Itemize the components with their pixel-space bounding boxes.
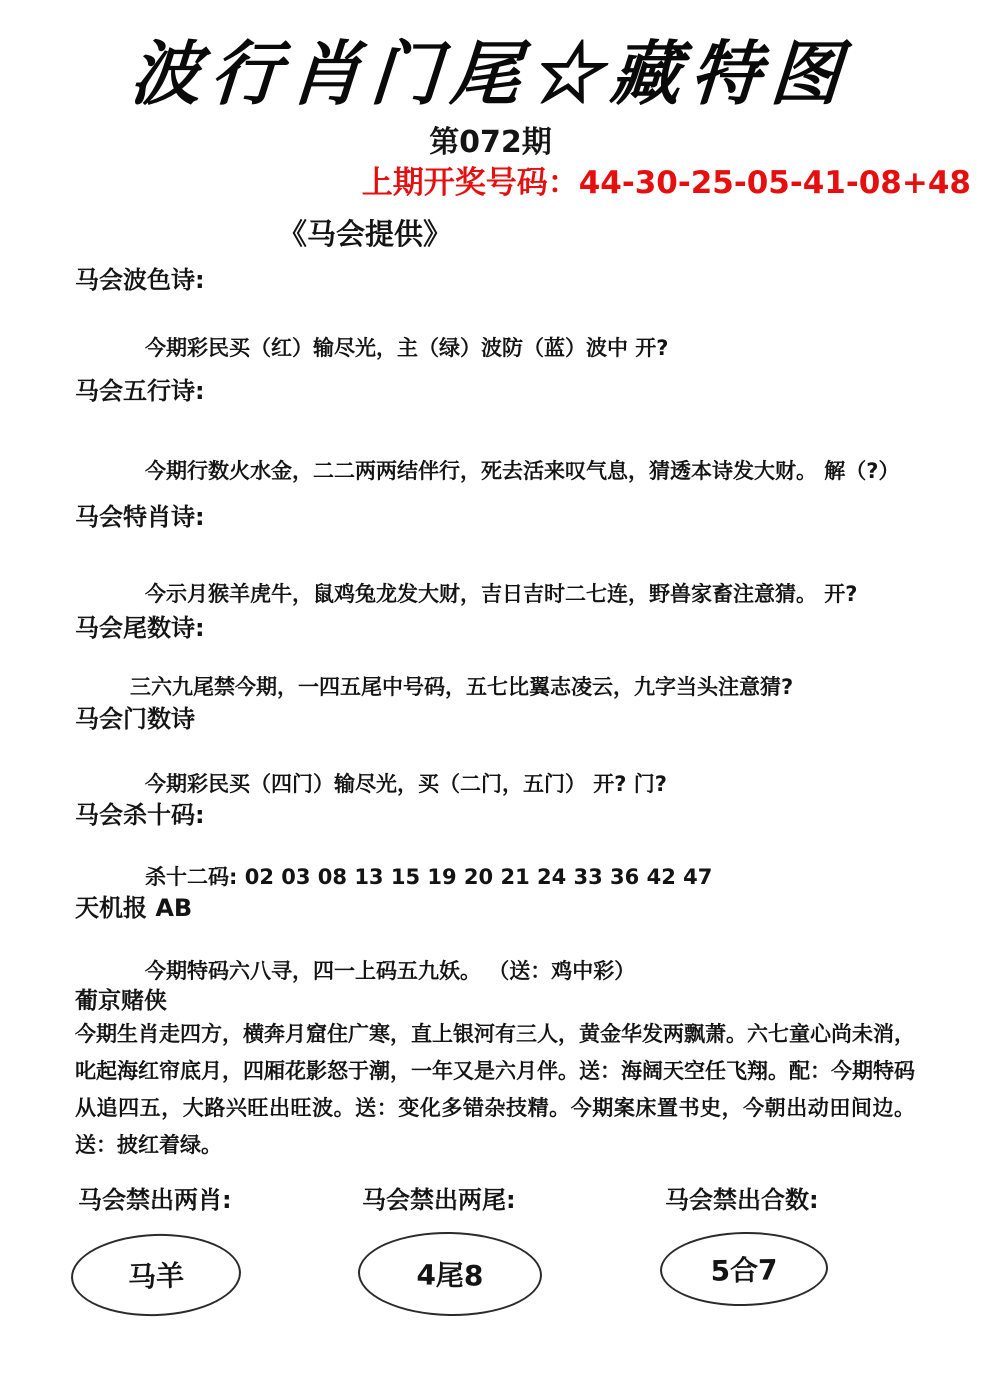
provider-line: 《马会提供》 bbox=[278, 217, 981, 251]
forbidden-tail-ellipse: 4尾8 bbox=[357, 1230, 542, 1317]
section-poem-special-zodiac: 今示月猴羊虎牛，鼠鸡兔龙发大财，吉日吉时二七连，野兽家畜注意猜。 开? bbox=[145, 582, 981, 606]
section-poem-five-elements: 今期行数火水金，二二两两结伴行，死去活来叹气息，猜透本诗发大财。 解（?） bbox=[145, 459, 981, 483]
section-poem-wave-color: 今期彩民买（红）输尽光，主（绿）波防（蓝）波中 开? bbox=[145, 336, 981, 360]
forbidden-tail-label: 马会禁出两尾: bbox=[362, 1180, 516, 1215]
forbidden-sum-ellipse: 5合7 bbox=[659, 1231, 828, 1308]
section-poem-tail-number: 三六九尾禁今期，一四五尾中号码，五七比翼志凌云，九字当头注意猜? bbox=[130, 675, 981, 699]
pujing-paragraph: 今期生肖走四方，横奔月窟住广寒，直上银河有三人，黄金华发两飘萧。六七童心尚未消，… bbox=[75, 1016, 915, 1164]
section-heading-pujing-gambler: 葡京赌侠 bbox=[75, 988, 981, 1014]
section-poem-gate-number: 今期彩民买（四门）输尽光，买（二门，五门） 开? 门? bbox=[145, 772, 981, 796]
forbidden-zodiac-ellipse: 马羊 bbox=[70, 1231, 243, 1319]
section-heading-kill-codes: 马会杀十码: bbox=[75, 802, 981, 829]
section-poem-tianji: 今期特码六八寻，四一上码五九妖。 （送：鸡中彩） bbox=[145, 959, 981, 983]
forbidden-tail-value: 4尾8 bbox=[416, 1253, 484, 1294]
forbidden-zodiac-label: 马会禁出两肖: bbox=[78, 1180, 232, 1215]
forbidden-sum-label: 马会禁出合数: bbox=[665, 1180, 819, 1215]
forbidden-zodiac-value: 马羊 bbox=[127, 1254, 184, 1296]
section-heading-tail-number: 马会尾数诗: bbox=[75, 615, 981, 642]
forbidden-row: 马会禁出两肖: 马会禁出两尾: 马会禁出合数: 马羊 4尾8 5合7 bbox=[0, 1180, 981, 1350]
forbidden-sum-value: 5合7 bbox=[710, 1248, 778, 1289]
section-heading-wave-color: 马会波色诗: bbox=[75, 267, 981, 294]
section-heading-special-zodiac: 马会特肖诗: bbox=[75, 504, 981, 531]
kill-codes-line: 杀十二码: 02 03 08 13 15 19 20 21 24 33 36 4… bbox=[145, 865, 981, 889]
page-title: 波行肖门尾☆藏特图 bbox=[0, 26, 981, 122]
issue-number: 第072期 bbox=[0, 126, 981, 160]
lottery-tip-sheet: 波行肖门尾☆藏特图 第072期 上期开奖号码：44-30-25-05-41-08… bbox=[0, 0, 981, 1388]
section-heading-gate-number: 马会门数诗 bbox=[75, 706, 981, 733]
section-heading-tianji-report: 天机报 AB bbox=[75, 895, 981, 922]
section-heading-five-elements: 马会五行诗: bbox=[75, 378, 981, 405]
last-draw-numbers: 上期开奖号码：44-30-25-05-41-08+48 bbox=[0, 166, 981, 201]
